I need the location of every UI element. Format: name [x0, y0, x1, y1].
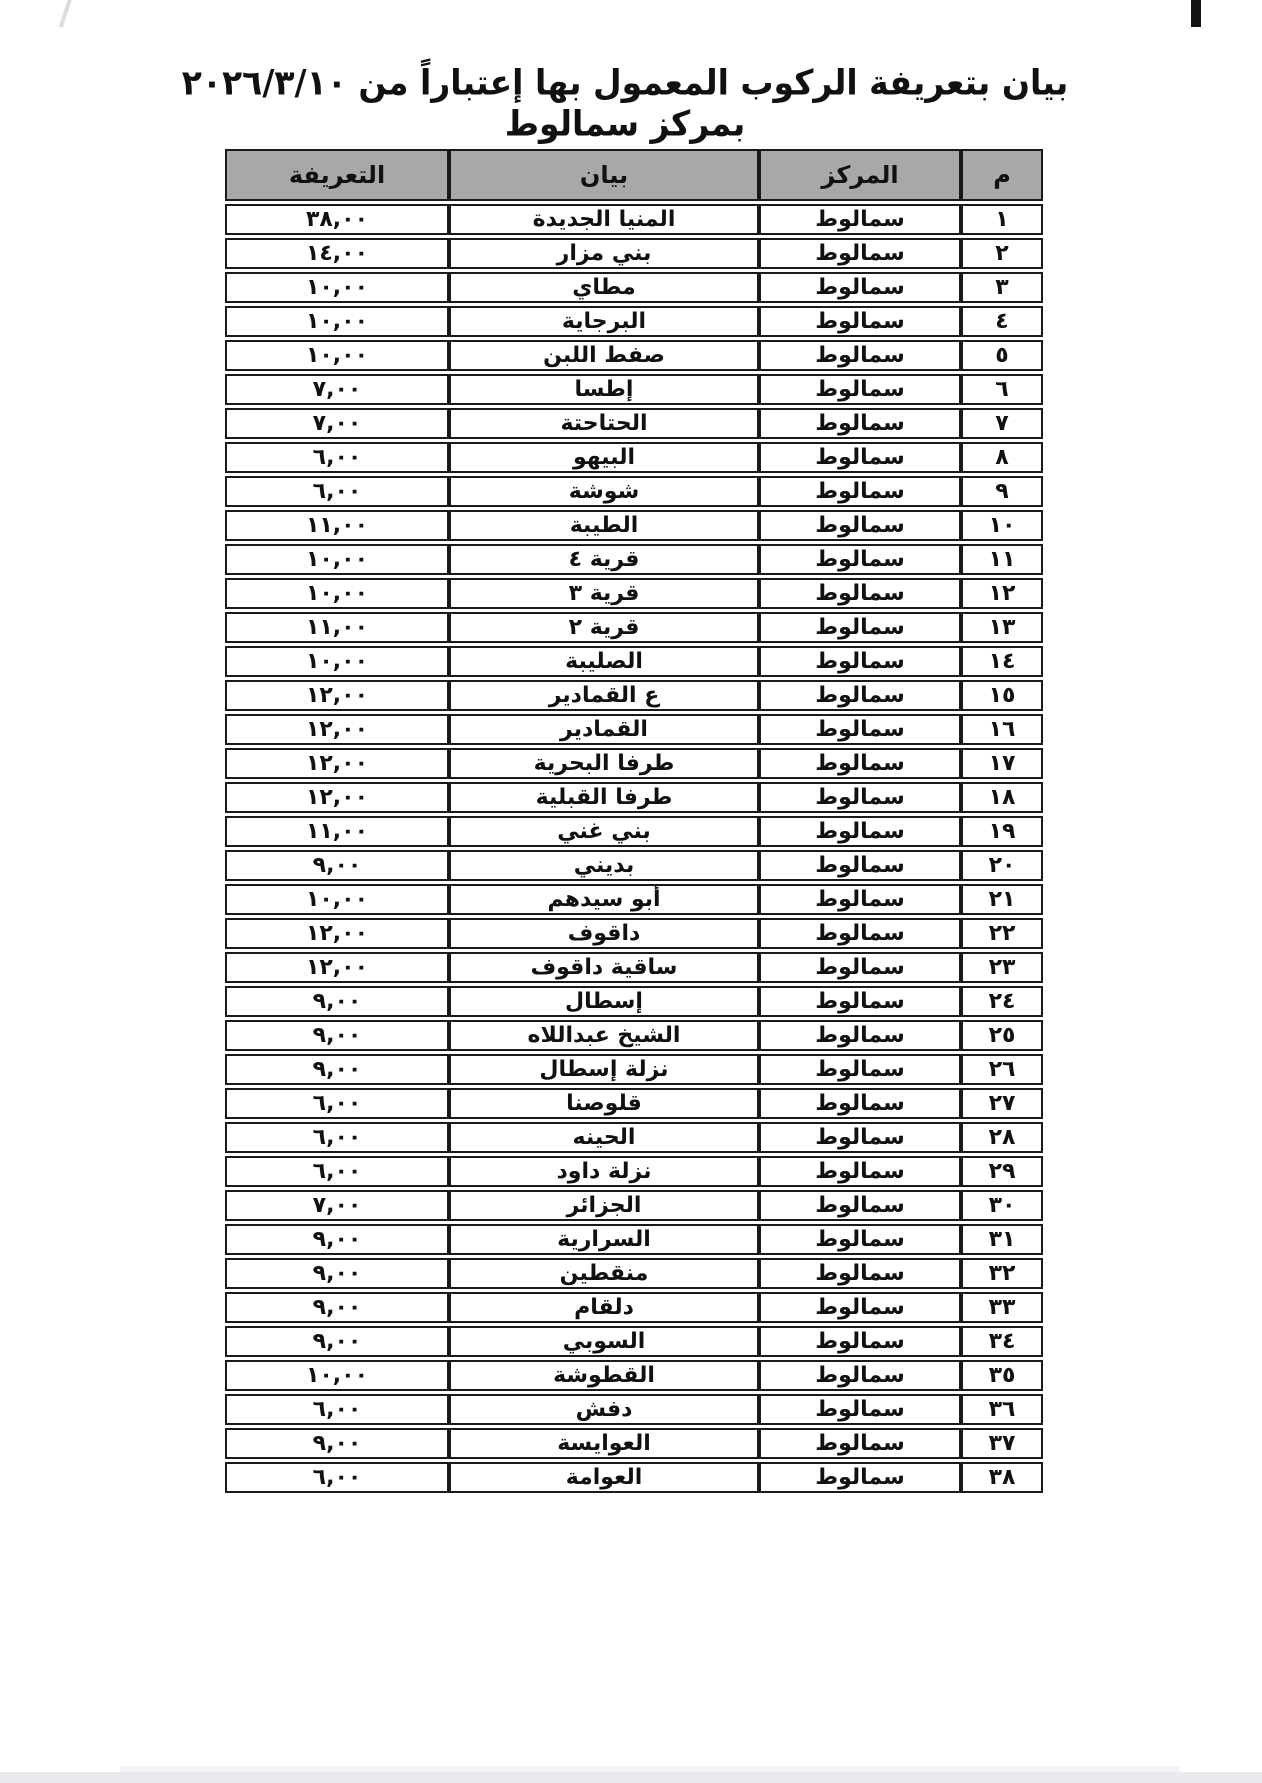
center-cell: سمالوط: [759, 1394, 961, 1425]
fare-cell: ٣٨,٠٠: [225, 204, 449, 235]
row-index-cell: ٧: [961, 408, 1043, 439]
table-row: ٢١سمالوطأبو سيدهم١٠,٠٠: [225, 884, 1043, 915]
center-cell: سمالوط: [759, 476, 961, 507]
statement-cell: إسطال: [449, 986, 759, 1017]
fare-cell: ١٠,٠٠: [225, 884, 449, 915]
row-index-cell: ١٦: [961, 714, 1043, 745]
row-index-cell: ٦: [961, 374, 1043, 405]
fare-cell: ٦,٠٠: [225, 1088, 449, 1119]
header-index: م: [961, 149, 1043, 201]
document-page: بيان بتعريفة الركوب المعمول بها إعتباراً…: [0, 0, 1262, 1783]
statement-cell: السوبي: [449, 1326, 759, 1357]
center-cell: سمالوط: [759, 714, 961, 745]
center-cell: سمالوط: [759, 306, 961, 337]
fare-cell: ١٠,٠٠: [225, 272, 449, 303]
center-cell: سمالوط: [759, 884, 961, 915]
fare-cell: ١٠,٠٠: [225, 646, 449, 677]
fare-cell: ٩,٠٠: [225, 1054, 449, 1085]
row-index-cell: ١٠: [961, 510, 1043, 541]
statement-cell: المنيا الجديدة: [449, 204, 759, 235]
statement-cell: الحينه: [449, 1122, 759, 1153]
statement-cell: مطاي: [449, 272, 759, 303]
row-index-cell: ٩: [961, 476, 1043, 507]
row-index-cell: ٢٨: [961, 1122, 1043, 1153]
row-index-cell: ٣٤: [961, 1326, 1043, 1357]
center-cell: سمالوط: [759, 340, 961, 371]
row-index-cell: ٣: [961, 272, 1043, 303]
center-cell: سمالوط: [759, 578, 961, 609]
statement-cell: بني مزار: [449, 238, 759, 269]
center-cell: سمالوط: [759, 1054, 961, 1085]
fare-cell: ١٢,٠٠: [225, 748, 449, 779]
row-index-cell: ١٩: [961, 816, 1043, 847]
center-cell: سمالوط: [759, 1122, 961, 1153]
center-cell: سمالوط: [759, 748, 961, 779]
center-cell: سمالوط: [759, 646, 961, 677]
fare-cell: ٧,٠٠: [225, 374, 449, 405]
row-index-cell: ٨: [961, 442, 1043, 473]
statement-cell: نزلة داود: [449, 1156, 759, 1187]
table-row: ٦سمالوطإطسا٧,٠٠: [225, 374, 1043, 405]
row-index-cell: ٢٣: [961, 952, 1043, 983]
statement-cell: العوامة: [449, 1462, 759, 1493]
row-index-cell: ٢٢: [961, 918, 1043, 949]
scan-artifact-mark: [1191, 0, 1201, 27]
table-row: ٣٧سمالوطالعوايسة٩,٠٠: [225, 1428, 1043, 1459]
statement-cell: القمادير: [449, 714, 759, 745]
table-row: ٣٠سمالوطالجزائر٧,٠٠: [225, 1190, 1043, 1221]
row-index-cell: ٣٢: [961, 1258, 1043, 1289]
table-row: ٤سمالوطالبرجاية١٠,٠٠: [225, 306, 1043, 337]
table-body: ١سمالوطالمنيا الجديدة٣٨,٠٠٢سمالوطبني مزا…: [225, 204, 1043, 1493]
fare-cell: ٩,٠٠: [225, 1020, 449, 1051]
fare-cell: ٧,٠٠: [225, 1190, 449, 1221]
table-row: ١٠سمالوطالطيبة١١,٠٠: [225, 510, 1043, 541]
table-row: ١٨سمالوططرفا القبلية١٢,٠٠: [225, 782, 1043, 813]
statement-cell: ساقية داقوف: [449, 952, 759, 983]
center-cell: سمالوط: [759, 612, 961, 643]
center-cell: سمالوط: [759, 204, 961, 235]
table-row: ١١سمالوطقرية ٤١٠,٠٠: [225, 544, 1043, 575]
center-cell: سمالوط: [759, 1190, 961, 1221]
row-index-cell: ١٤: [961, 646, 1043, 677]
table-row: ١٥سمالوطع القمادير١٢,٠٠: [225, 680, 1043, 711]
table-row: ٣٤سمالوطالسوبي٩,٠٠: [225, 1326, 1043, 1357]
fare-cell: ٦,٠٠: [225, 1462, 449, 1493]
header-statement: بيان: [449, 149, 759, 201]
center-cell: سمالوط: [759, 952, 961, 983]
table-row: ١٦سمالوطالقمادير١٢,٠٠: [225, 714, 1043, 745]
row-index-cell: ٣١: [961, 1224, 1043, 1255]
statement-cell: الحتاحتة: [449, 408, 759, 439]
fare-table: م المركز بيان التعريفة ١سمالوطالمنيا الج…: [225, 146, 1043, 1496]
statement-cell: ع القمادير: [449, 680, 759, 711]
fare-cell: ٩,٠٠: [225, 1326, 449, 1357]
statement-cell: الصليبة: [449, 646, 759, 677]
table-row: ٢٣سمالوطساقية داقوف١٢,٠٠: [225, 952, 1043, 983]
row-index-cell: ١٣: [961, 612, 1043, 643]
center-cell: سمالوط: [759, 1326, 961, 1357]
center-cell: سمالوط: [759, 442, 961, 473]
fare-cell: ٩,٠٠: [225, 1258, 449, 1289]
fare-cell: ١١,٠٠: [225, 612, 449, 643]
scan-bottom-edge: [0, 1772, 1262, 1783]
table-row: ١٧سمالوططرفا البحرية١٢,٠٠: [225, 748, 1043, 779]
center-cell: سمالوط: [759, 1428, 961, 1459]
fare-cell: ١٠,٠٠: [225, 340, 449, 371]
row-index-cell: ٣٣: [961, 1292, 1043, 1323]
table-row: ٣٥سمالوطالقطوشة١٠,٠٠: [225, 1360, 1043, 1391]
row-index-cell: ٤: [961, 306, 1043, 337]
table-row: ١٤سمالوطالصليبة١٠,٠٠: [225, 646, 1043, 677]
fare-cell: ١٠,٠٠: [225, 578, 449, 609]
statement-cell: أبو سيدهم: [449, 884, 759, 915]
center-cell: سمالوط: [759, 408, 961, 439]
table-row: ٣٨سمالوطالعوامة٦,٠٠: [225, 1462, 1043, 1493]
table-row: ٢٩سمالوطنزلة داود٦,٠٠: [225, 1156, 1043, 1187]
table-row: ٣سمالوطمطاي١٠,٠٠: [225, 272, 1043, 303]
fare-cell: ٦,٠٠: [225, 476, 449, 507]
center-cell: سمالوط: [759, 1360, 961, 1391]
center-cell: سمالوط: [759, 782, 961, 813]
row-index-cell: ٣٨: [961, 1462, 1043, 1493]
fare-cell: ١٢,٠٠: [225, 680, 449, 711]
fare-cell: ١٢,٠٠: [225, 952, 449, 983]
row-index-cell: ١٨: [961, 782, 1043, 813]
center-cell: سمالوط: [759, 1224, 961, 1255]
table-row: ٥سمالوطصفط اللبن١٠,٠٠: [225, 340, 1043, 371]
statement-cell: داقوف: [449, 918, 759, 949]
table-row: ٢٧سمالوطقلوصنا٦,٠٠: [225, 1088, 1043, 1119]
center-cell: سمالوط: [759, 544, 961, 575]
center-cell: سمالوط: [759, 1462, 961, 1493]
row-index-cell: ١١: [961, 544, 1043, 575]
table-row: ٣٦سمالوطدفش٦,٠٠: [225, 1394, 1043, 1425]
scan-streak-artifact: [59, 0, 73, 28]
fare-cell: ٦,٠٠: [225, 1122, 449, 1153]
fare-cell: ١٢,٠٠: [225, 782, 449, 813]
table-header-row: م المركز بيان التعريفة: [225, 149, 1043, 201]
center-cell: سمالوط: [759, 238, 961, 269]
statement-cell: نزلة إسطال: [449, 1054, 759, 1085]
statement-cell: بديني: [449, 850, 759, 881]
table-row: ٢٥سمالوطالشيخ عبداللاه٩,٠٠: [225, 1020, 1043, 1051]
fare-cell: ٩,٠٠: [225, 850, 449, 881]
row-index-cell: ٢٠: [961, 850, 1043, 881]
statement-cell: قرية ٣: [449, 578, 759, 609]
table-row: ٢٤سمالوطإسطال٩,٠٠: [225, 986, 1043, 1017]
statement-cell: صفط اللبن: [449, 340, 759, 371]
row-index-cell: ٣٥: [961, 1360, 1043, 1391]
statement-cell: شوشة: [449, 476, 759, 507]
center-cell: سمالوط: [759, 918, 961, 949]
center-cell: سمالوط: [759, 1258, 961, 1289]
row-index-cell: ٣٦: [961, 1394, 1043, 1425]
table-row: ٨سمالوطالبيهو٦,٠٠: [225, 442, 1043, 473]
fare-cell: ٦,٠٠: [225, 442, 449, 473]
fare-cell: ٦,٠٠: [225, 1156, 449, 1187]
fare-cell: ٩,٠٠: [225, 1428, 449, 1459]
statement-cell: قرية ٢: [449, 612, 759, 643]
fare-cell: ٦,٠٠: [225, 1394, 449, 1425]
row-index-cell: ٢١: [961, 884, 1043, 915]
statement-cell: دفش: [449, 1394, 759, 1425]
table-row: ٣١سمالوطالسرارية٩,٠٠: [225, 1224, 1043, 1255]
row-index-cell: ٥: [961, 340, 1043, 371]
statement-cell: القطوشة: [449, 1360, 759, 1391]
table-row: ٩سمالوطشوشة٦,٠٠: [225, 476, 1043, 507]
center-cell: سمالوط: [759, 986, 961, 1017]
table-row: ٣٣سمالوطدلقام٩,٠٠: [225, 1292, 1043, 1323]
center-cell: سمالوط: [759, 680, 961, 711]
table-row: ٧سمالوطالحتاحتة٧,٠٠: [225, 408, 1043, 439]
center-cell: سمالوط: [759, 816, 961, 847]
row-index-cell: ١٢: [961, 578, 1043, 609]
statement-cell: قلوصنا: [449, 1088, 759, 1119]
statement-cell: طرفا البحرية: [449, 748, 759, 779]
table-row: ٢٠سمالوطبديني٩,٠٠: [225, 850, 1043, 881]
fare-cell: ٩,٠٠: [225, 1292, 449, 1323]
table-row: ١٣سمالوطقرية ٢١١,٠٠: [225, 612, 1043, 643]
fare-cell: ١٢,٠٠: [225, 918, 449, 949]
center-cell: سمالوط: [759, 510, 961, 541]
statement-cell: البرجاية: [449, 306, 759, 337]
statement-cell: منقطين: [449, 1258, 759, 1289]
row-index-cell: ٢٩: [961, 1156, 1043, 1187]
table-row: ١سمالوطالمنيا الجديدة٣٨,٠٠: [225, 204, 1043, 235]
center-cell: سمالوط: [759, 1156, 961, 1187]
row-index-cell: ٢٤: [961, 986, 1043, 1017]
row-index-cell: ٢٦: [961, 1054, 1043, 1085]
row-index-cell: ١٥: [961, 680, 1043, 711]
statement-cell: السرارية: [449, 1224, 759, 1255]
statement-cell: دلقام: [449, 1292, 759, 1323]
statement-cell: بني غني: [449, 816, 759, 847]
table-row: ٢سمالوطبني مزار١٤,٠٠: [225, 238, 1043, 269]
page-title: بيان بتعريفة الركوب المعمول بها إعتباراً…: [150, 62, 1100, 144]
statement-cell: الجزائر: [449, 1190, 759, 1221]
center-cell: سمالوط: [759, 1292, 961, 1323]
statement-cell: الشيخ عبداللاه: [449, 1020, 759, 1051]
row-index-cell: ٢٧: [961, 1088, 1043, 1119]
row-index-cell: ٣٧: [961, 1428, 1043, 1459]
row-index-cell: ٢: [961, 238, 1043, 269]
table-row: ٢٦سمالوطنزلة إسطال٩,٠٠: [225, 1054, 1043, 1085]
center-cell: سمالوط: [759, 1020, 961, 1051]
statement-cell: قرية ٤: [449, 544, 759, 575]
header-fare: التعريفة: [225, 149, 449, 201]
fare-cell: ١٠,٠٠: [225, 306, 449, 337]
statement-cell: إطسا: [449, 374, 759, 405]
row-index-cell: ٢٥: [961, 1020, 1043, 1051]
statement-cell: العوايسة: [449, 1428, 759, 1459]
statement-cell: الطيبة: [449, 510, 759, 541]
table-row: ١٩سمالوطبني غني١١,٠٠: [225, 816, 1043, 847]
fare-cell: ٩,٠٠: [225, 986, 449, 1017]
fare-cell: ١١,٠٠: [225, 816, 449, 847]
statement-cell: طرفا القبلية: [449, 782, 759, 813]
table-row: ٣٢سمالوطمنقطين٩,٠٠: [225, 1258, 1043, 1289]
table-row: ١٢سمالوطقرية ٣١٠,٠٠: [225, 578, 1043, 609]
table-row: ٢٨سمالوطالحينه٦,٠٠: [225, 1122, 1043, 1153]
table-row: ٢٢سمالوطداقوف١٢,٠٠: [225, 918, 1043, 949]
fare-cell: ١٢,٠٠: [225, 714, 449, 745]
row-index-cell: ٣٠: [961, 1190, 1043, 1221]
center-cell: سمالوط: [759, 1088, 961, 1119]
center-cell: سمالوط: [759, 374, 961, 405]
fare-cell: ٧,٠٠: [225, 408, 449, 439]
row-index-cell: ١٧: [961, 748, 1043, 779]
fare-cell: ١١,٠٠: [225, 510, 449, 541]
center-cell: سمالوط: [759, 850, 961, 881]
center-cell: سمالوط: [759, 272, 961, 303]
header-center: المركز: [759, 149, 961, 201]
statement-cell: البيهو: [449, 442, 759, 473]
fare-cell: ١٤,٠٠: [225, 238, 449, 269]
fare-cell: ١٠,٠٠: [225, 544, 449, 575]
fare-cell: ١٠,٠٠: [225, 1360, 449, 1391]
fare-cell: ٩,٠٠: [225, 1224, 449, 1255]
row-index-cell: ١: [961, 204, 1043, 235]
